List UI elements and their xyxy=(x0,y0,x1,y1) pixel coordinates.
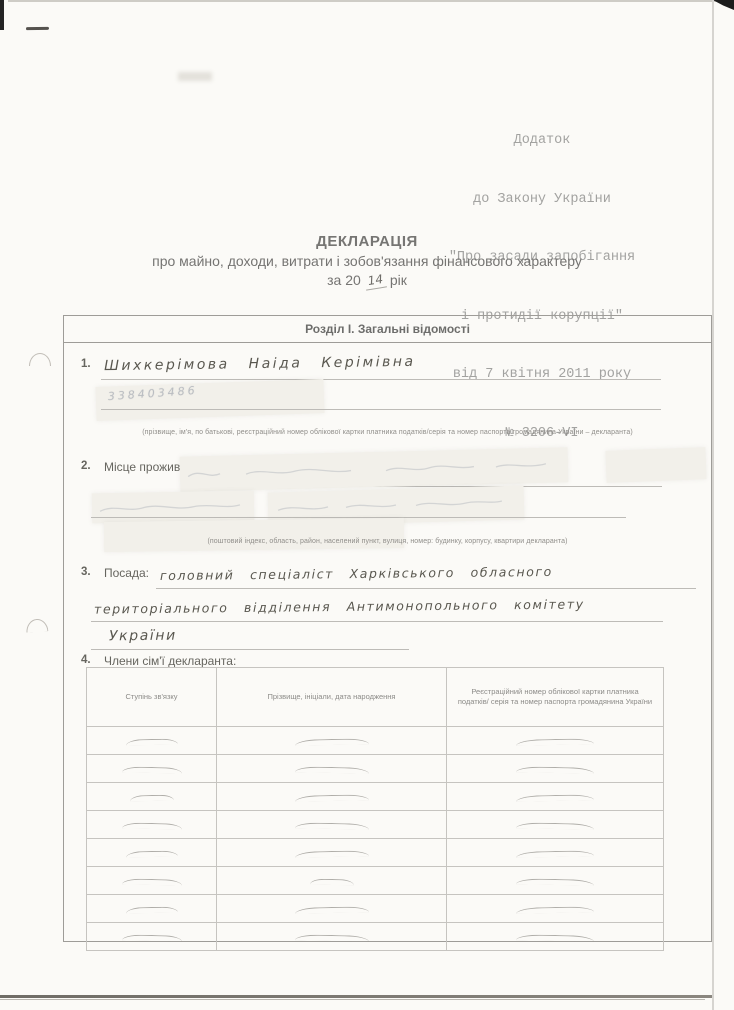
declaration-year-line: за 20 14 рік xyxy=(0,272,734,290)
scanned-declaration-page: Додаток до Закону України "Про засади за… xyxy=(0,0,734,1010)
fill-line xyxy=(101,409,661,410)
handwritten-dash xyxy=(516,906,594,914)
fill-line xyxy=(101,379,661,380)
table-cell xyxy=(447,755,664,783)
table-row xyxy=(87,895,664,923)
margin-pen-mark xyxy=(29,353,51,366)
table-cell xyxy=(447,783,664,811)
table-cell xyxy=(87,895,217,923)
table-cell xyxy=(87,923,217,951)
table-cell xyxy=(447,867,664,895)
table-cell xyxy=(87,755,217,783)
fill-line xyxy=(91,649,409,650)
handwritten-dash xyxy=(121,822,181,829)
margin-pen-mark xyxy=(26,618,49,633)
handwritten-dash xyxy=(309,878,353,885)
section-1-header: Розділ I. Загальні відомості xyxy=(64,316,711,343)
table-cell xyxy=(217,727,447,755)
scan-top-edge xyxy=(8,0,724,2)
col-header-taxnumber: Реєстраційний номер облікової картки пла… xyxy=(447,668,664,727)
table-cell xyxy=(447,727,664,755)
item-3-label: Посада: xyxy=(104,566,149,580)
handwritten-position-line: територіального відділення Антимонопольн… xyxy=(94,596,585,616)
table-cell xyxy=(87,727,217,755)
table-row xyxy=(87,783,664,811)
document-subtitle: про майно, доходи, витрати і зобов'язанн… xyxy=(0,253,734,269)
table-cell xyxy=(87,811,217,839)
handwritten-dash xyxy=(294,794,368,802)
handwritten-dash xyxy=(125,850,177,857)
table-cell xyxy=(217,867,447,895)
redaction-patch: 338403486 xyxy=(95,379,324,421)
table-cell xyxy=(217,783,447,811)
annex-line: Додаток xyxy=(368,131,716,151)
family-members-table: Ступінь зв'язку Прізвище, ініціали, дата… xyxy=(86,667,664,951)
redaction-patch xyxy=(92,491,254,524)
item-1-hint: (прізвище, ім'я, по батькові, реєстрацій… xyxy=(64,429,711,436)
handwritten-dash xyxy=(121,766,181,773)
table-cell xyxy=(87,867,217,895)
year-suffix: рік xyxy=(390,272,407,288)
ghost-handwriting xyxy=(186,458,556,483)
section-1-box: Розділ I. Загальні відомості 1. Шихкерім… xyxy=(63,315,712,942)
col-header-name: Прізвище, ініціали, дата народження xyxy=(217,668,447,727)
redaction-patch xyxy=(104,518,404,552)
handwritten-dash xyxy=(294,822,368,829)
table-row xyxy=(87,923,664,951)
item-4-number: 4. xyxy=(81,654,91,666)
table-row xyxy=(87,727,664,755)
table-cell xyxy=(87,839,217,867)
handwritten-dash xyxy=(125,906,177,913)
handwritten-dash xyxy=(516,934,594,941)
item-2-number: 2. xyxy=(81,460,91,472)
table-row xyxy=(87,867,664,895)
handwritten-position-line: головний спеціаліст Харківського обласно… xyxy=(160,564,553,583)
table-cell xyxy=(217,839,447,867)
table-row xyxy=(87,839,664,867)
scan-smudge xyxy=(178,72,212,81)
handwritten-declarant-name: Шихкерімова Наіда Керімівна xyxy=(104,354,416,374)
table-cell xyxy=(217,923,447,951)
handwritten-dash xyxy=(294,906,368,914)
fill-line xyxy=(156,588,696,589)
table-cell xyxy=(217,755,447,783)
table-cell xyxy=(447,895,664,923)
scan-bottom-edge-2 xyxy=(0,999,705,1000)
handwritten-dash xyxy=(294,766,368,773)
fill-line xyxy=(91,621,663,622)
table-row xyxy=(87,755,664,783)
handwritten-dash xyxy=(294,850,368,858)
item-1-number: 1. xyxy=(81,358,91,370)
table-header-row: Ступінь зв'язку Прізвище, ініціали, дата… xyxy=(87,668,664,727)
scan-left-edge-mark xyxy=(0,0,4,30)
family-table-body xyxy=(87,727,664,951)
handwritten-dash xyxy=(129,794,173,801)
handwritten-dash xyxy=(516,766,594,773)
handwritten-dash xyxy=(294,934,368,941)
year-prefix: за 20 xyxy=(327,272,361,288)
ghost-handwriting xyxy=(98,499,244,518)
table-cell xyxy=(447,839,664,867)
ghost-handwriting xyxy=(276,495,506,517)
handwritten-top-dash xyxy=(26,27,49,30)
item-3-number: 3. xyxy=(81,566,91,578)
ghost-tax-number: 338403486 xyxy=(107,384,198,403)
table-cell xyxy=(217,811,447,839)
table-cell xyxy=(447,923,664,951)
handwritten-dash xyxy=(516,738,594,746)
scan-bottom-edge xyxy=(0,995,712,998)
handwritten-dash xyxy=(516,794,594,802)
handwritten-dash xyxy=(125,738,177,745)
item-2-hint: (поштовий індекс, область, район, населе… xyxy=(64,538,711,545)
col-header-relation: Ступінь зв'язку xyxy=(87,668,217,727)
redaction-patch xyxy=(605,447,706,483)
table-cell xyxy=(217,895,447,923)
table-cell xyxy=(87,783,217,811)
handwritten-position-line: України xyxy=(109,628,177,645)
annex-line: до Закону України xyxy=(368,190,716,210)
handwritten-dash xyxy=(516,850,594,858)
table-cell xyxy=(447,811,664,839)
handwritten-year: 14 xyxy=(363,271,387,290)
handwritten-dash xyxy=(516,822,594,829)
handwritten-dash xyxy=(121,934,181,941)
document-title-block: ДЕКЛАРАЦІЯ про майно, доходи, витрати і … xyxy=(0,233,734,290)
handwritten-dash xyxy=(294,738,368,746)
document-title: ДЕКЛАРАЦІЯ xyxy=(0,233,734,250)
table-row xyxy=(87,811,664,839)
handwritten-dash xyxy=(121,878,181,885)
item-4-label: Члени сім'ї декларанта: xyxy=(104,654,236,668)
handwritten-dash xyxy=(516,878,594,885)
